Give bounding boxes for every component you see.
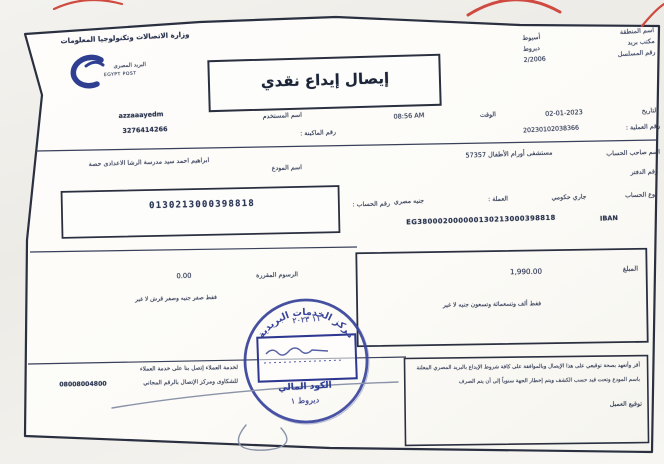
account-number-box bbox=[62, 186, 340, 238]
amount-label: المبلغ bbox=[592, 266, 638, 274]
post-office-value: ديروط bbox=[523, 45, 540, 53]
currency-label: العملة : bbox=[476, 195, 508, 203]
region-label: اسم المنطقة bbox=[620, 27, 655, 36]
customer-signature-label: توقيع العميل bbox=[572, 401, 642, 409]
serial-value: 2/2006 bbox=[523, 56, 546, 65]
photo-background: مركز الخدمات البريدية وزارة الاتصالات وت… bbox=[0, 0, 664, 464]
region-value: أسيوط bbox=[522, 34, 540, 42]
post-office-label: مكتب بريد bbox=[627, 38, 655, 47]
iban-label: IBAN bbox=[600, 214, 636, 223]
red-scan-mark-3 bbox=[642, 4, 664, 26]
red-scan-mark-1 bbox=[54, 0, 122, 9]
serial-label: رقم المسلسل bbox=[618, 49, 656, 59]
red-scan-mark-2 bbox=[468, 0, 560, 15]
hotline-number: 08008004800 bbox=[53, 380, 113, 388]
account-type-label: نوع الحساب bbox=[610, 191, 657, 200]
stamp-inner-box bbox=[257, 334, 356, 381]
amount-value: 1,990.00 bbox=[494, 267, 558, 276]
account-number-label: رقم الحساب : bbox=[340, 200, 390, 209]
fees-value: 0.00 bbox=[163, 272, 205, 281]
scanned-receipt-photo: { "colors": { "ink": "#2b3550", "stamp_b… bbox=[0, 0, 664, 464]
book-number-label: رقم الدفتر bbox=[618, 168, 658, 177]
